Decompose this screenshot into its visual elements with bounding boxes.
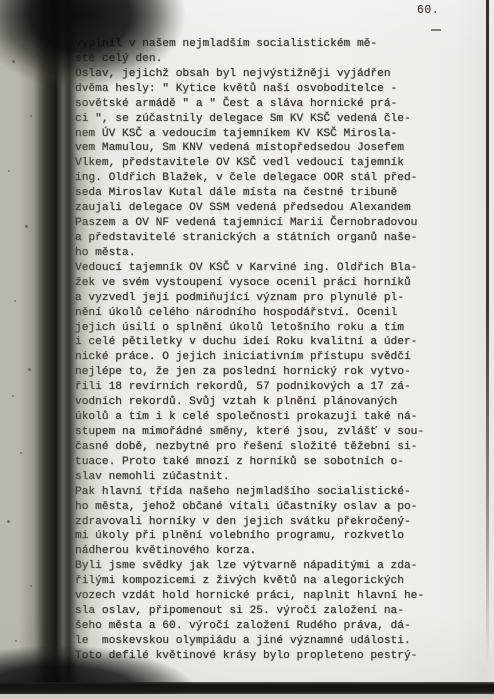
dust-speck: [30, 115, 32, 117]
typed-line: tuace. Proto také mnozí z horníků se sob…: [75, 455, 424, 470]
typed-line: nem ÚV KSČ a vedoucím tajemníkem KV KSČ …: [75, 127, 424, 142]
scan-margin-below: [0, 694, 494, 699]
typed-line: nádherou květinového korza.: [75, 544, 424, 559]
dust-speck: [12, 395, 14, 397]
typed-line: Vlkem, představitele OV KSČ vedl vedoucí…: [75, 156, 424, 171]
typed-line: nění úkolů celého národního hospodářství…: [75, 306, 424, 321]
typed-line: Oslav, jejichž obsah byl nejvýstižněji v…: [75, 67, 424, 82]
typed-line: Toto defilé květinové krásy bylo proplet…: [75, 649, 424, 664]
typed-line: Pak hlavní třída našeho nejmladšího soci…: [75, 485, 424, 500]
dust-speck: [12, 60, 15, 63]
dust-speck: [36, 672, 38, 674]
typewriter-text: vyplnil v našem nejmladším socialistické…: [75, 37, 424, 664]
typed-line: sla oslav, připomenout si 25. výročí zal…: [75, 604, 424, 619]
typed-line: šeho města a 60. výročí založení Rudého …: [75, 619, 424, 634]
typed-line: vozech vzdát hold hornické práci, naplni…: [75, 589, 424, 604]
dust-speck: [8, 170, 10, 172]
typed-line: Paszem a OV NF vedená tajemnicí Marii Če…: [75, 216, 424, 231]
dust-speck: [30, 585, 32, 587]
dust-speck: [15, 640, 17, 642]
typed-line: nické práce. O jejich iniciativním příst…: [75, 350, 424, 365]
typed-line: stupem na mimořádné směny, které jsou, z…: [75, 425, 424, 440]
dust-speck: [14, 300, 16, 302]
typed-line: časné době, nezbytné pro řešení složité …: [75, 440, 424, 455]
typed-line: a vyzvedl její podmiňující význam pro pl…: [75, 291, 424, 306]
typed-line: sovětské armádě " a " Čest a sláva horni…: [75, 97, 424, 112]
typed-line: zdravovali horníky v den jejich svátku p…: [75, 515, 424, 530]
typed-line: zaujali delegace OV SSM vedená předsedou…: [75, 201, 424, 216]
typed-line: řilými kompozicemi z živých květů na ale…: [75, 574, 424, 589]
typed-line: Vedoucí tajemník OV KSČ v Karviné ing. O…: [75, 261, 424, 276]
scan-border-bottom: [0, 682, 494, 694]
scanned-document-page: 60. vyplnil v našem nejmladším socialist…: [0, 0, 494, 699]
typed-line: ho města, jehož občané vítali účastníky …: [75, 500, 424, 515]
typed-line: žek ve svém vystoupení vysoce ocenil prá…: [75, 276, 424, 291]
typed-line: vem Mamulou, Sm KNV vedená místopředsedo…: [75, 141, 424, 156]
typed-line: Byli jsme svědky jak lze výtvarně nápadi…: [75, 559, 424, 574]
typed-line: mi úkoly při plnění volebního programu, …: [75, 529, 424, 544]
typed-line: ing. Oldřich Blažek, v čele delegace OOR…: [75, 171, 424, 186]
typed-line: vyplnil v našem nejmladším socialistické…: [75, 37, 424, 52]
typed-line: dvěma hesly: " Kytice květů naší osvobod…: [75, 82, 424, 97]
dust-speck: [28, 368, 31, 371]
dust-speck: [25, 225, 28, 228]
page-number: 60.: [417, 4, 439, 17]
typed-line: ho města.: [75, 246, 424, 261]
typed-line: vodních rekordů. Svůj vztah k plnění plá…: [75, 395, 424, 410]
typed-line: ci ", se zúčastnily delegace Sm KV KSČ v…: [75, 112, 424, 127]
scan-edge-line-right: [486, 0, 489, 665]
typed-line: stě celý den.: [75, 52, 424, 67]
typed-line: úkolů a tím i k celé společnosti prokazu…: [75, 410, 424, 425]
typewriter-dash-mark: [431, 29, 441, 31]
dust-speck: [7, 520, 10, 523]
typed-line: nejlépe to, že jen za poslední hornický …: [75, 365, 424, 380]
typed-line: a představitelé stranických a státních o…: [75, 231, 424, 246]
typed-line: le moskevskou olympiádu a jiné významné …: [75, 634, 424, 649]
typed-line: řili 18 revírních rekordů, 57 podnikovýc…: [75, 380, 424, 395]
typed-line: jejich úsilí o splnění úkolů letošního r…: [75, 321, 424, 336]
typed-line: seda Miroslav Kutal dále místa na čestné…: [75, 186, 424, 201]
dust-speck: [20, 452, 22, 454]
typed-line: i celé pětiletky v duchu ideí Roku kvali…: [75, 335, 424, 350]
typed-line: slav nemohli zúčastnit.: [75, 470, 424, 485]
